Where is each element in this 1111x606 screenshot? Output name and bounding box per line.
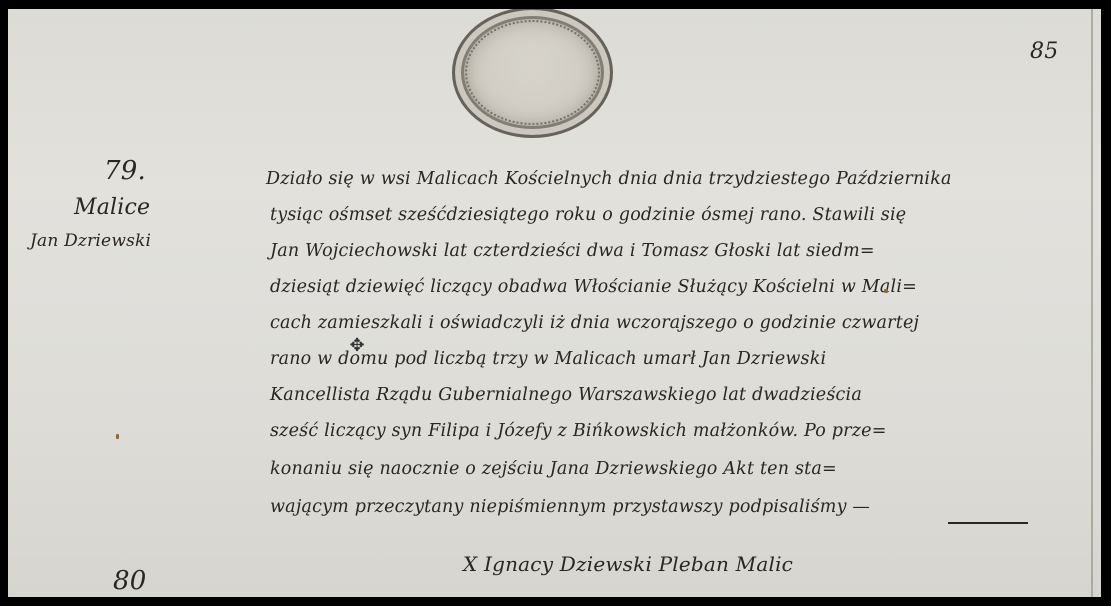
record-line-1: Działo się w wsi Malicach Kościelnych dn… bbox=[266, 169, 952, 189]
closing-rule bbox=[948, 522, 1028, 524]
paper-speck bbox=[884, 289, 888, 293]
margin-place: Malice bbox=[74, 195, 150, 220]
entry-number: 79. bbox=[104, 156, 146, 186]
margin-name: Jan Dzriewski bbox=[30, 231, 151, 251]
next-entry-number: 80 bbox=[113, 566, 146, 596]
document-page: 85 79. Malice Jan Dzriewski Działo się w… bbox=[8, 9, 1101, 597]
record-line-3: Jan Wojciechowski lat czterdzieści dwa i… bbox=[270, 241, 875, 261]
move-cursor-icon: ✥ bbox=[347, 336, 367, 356]
record-line-8: sześć liczący syn Filipa i Józefy z Bińk… bbox=[270, 421, 887, 441]
priest-signature: X Ignacy Dziewski Pleban Malic bbox=[463, 552, 793, 576]
record-line-5: cach zamieszkali i oświadczyli iż dnia w… bbox=[270, 313, 919, 333]
page-number: 85 bbox=[1030, 39, 1058, 64]
parish-seal bbox=[452, 9, 613, 138]
seal-ring bbox=[465, 20, 600, 125]
record-line-4: dziesiąt dziewięć liczący obadwa Włościa… bbox=[270, 277, 917, 297]
record-line-2: tysiąc ośmset sześćdziesiątego roku o go… bbox=[270, 205, 906, 225]
record-line-7: Kancellista Rządu Gubernialnego Warszaws… bbox=[270, 385, 862, 405]
paper-speck bbox=[116, 434, 119, 439]
record-line-9: konaniu się naocznie o zejściu Jana Dzri… bbox=[270, 459, 837, 479]
record-line-10: wającym przeczytany niepiśmiennym przyst… bbox=[270, 497, 870, 517]
